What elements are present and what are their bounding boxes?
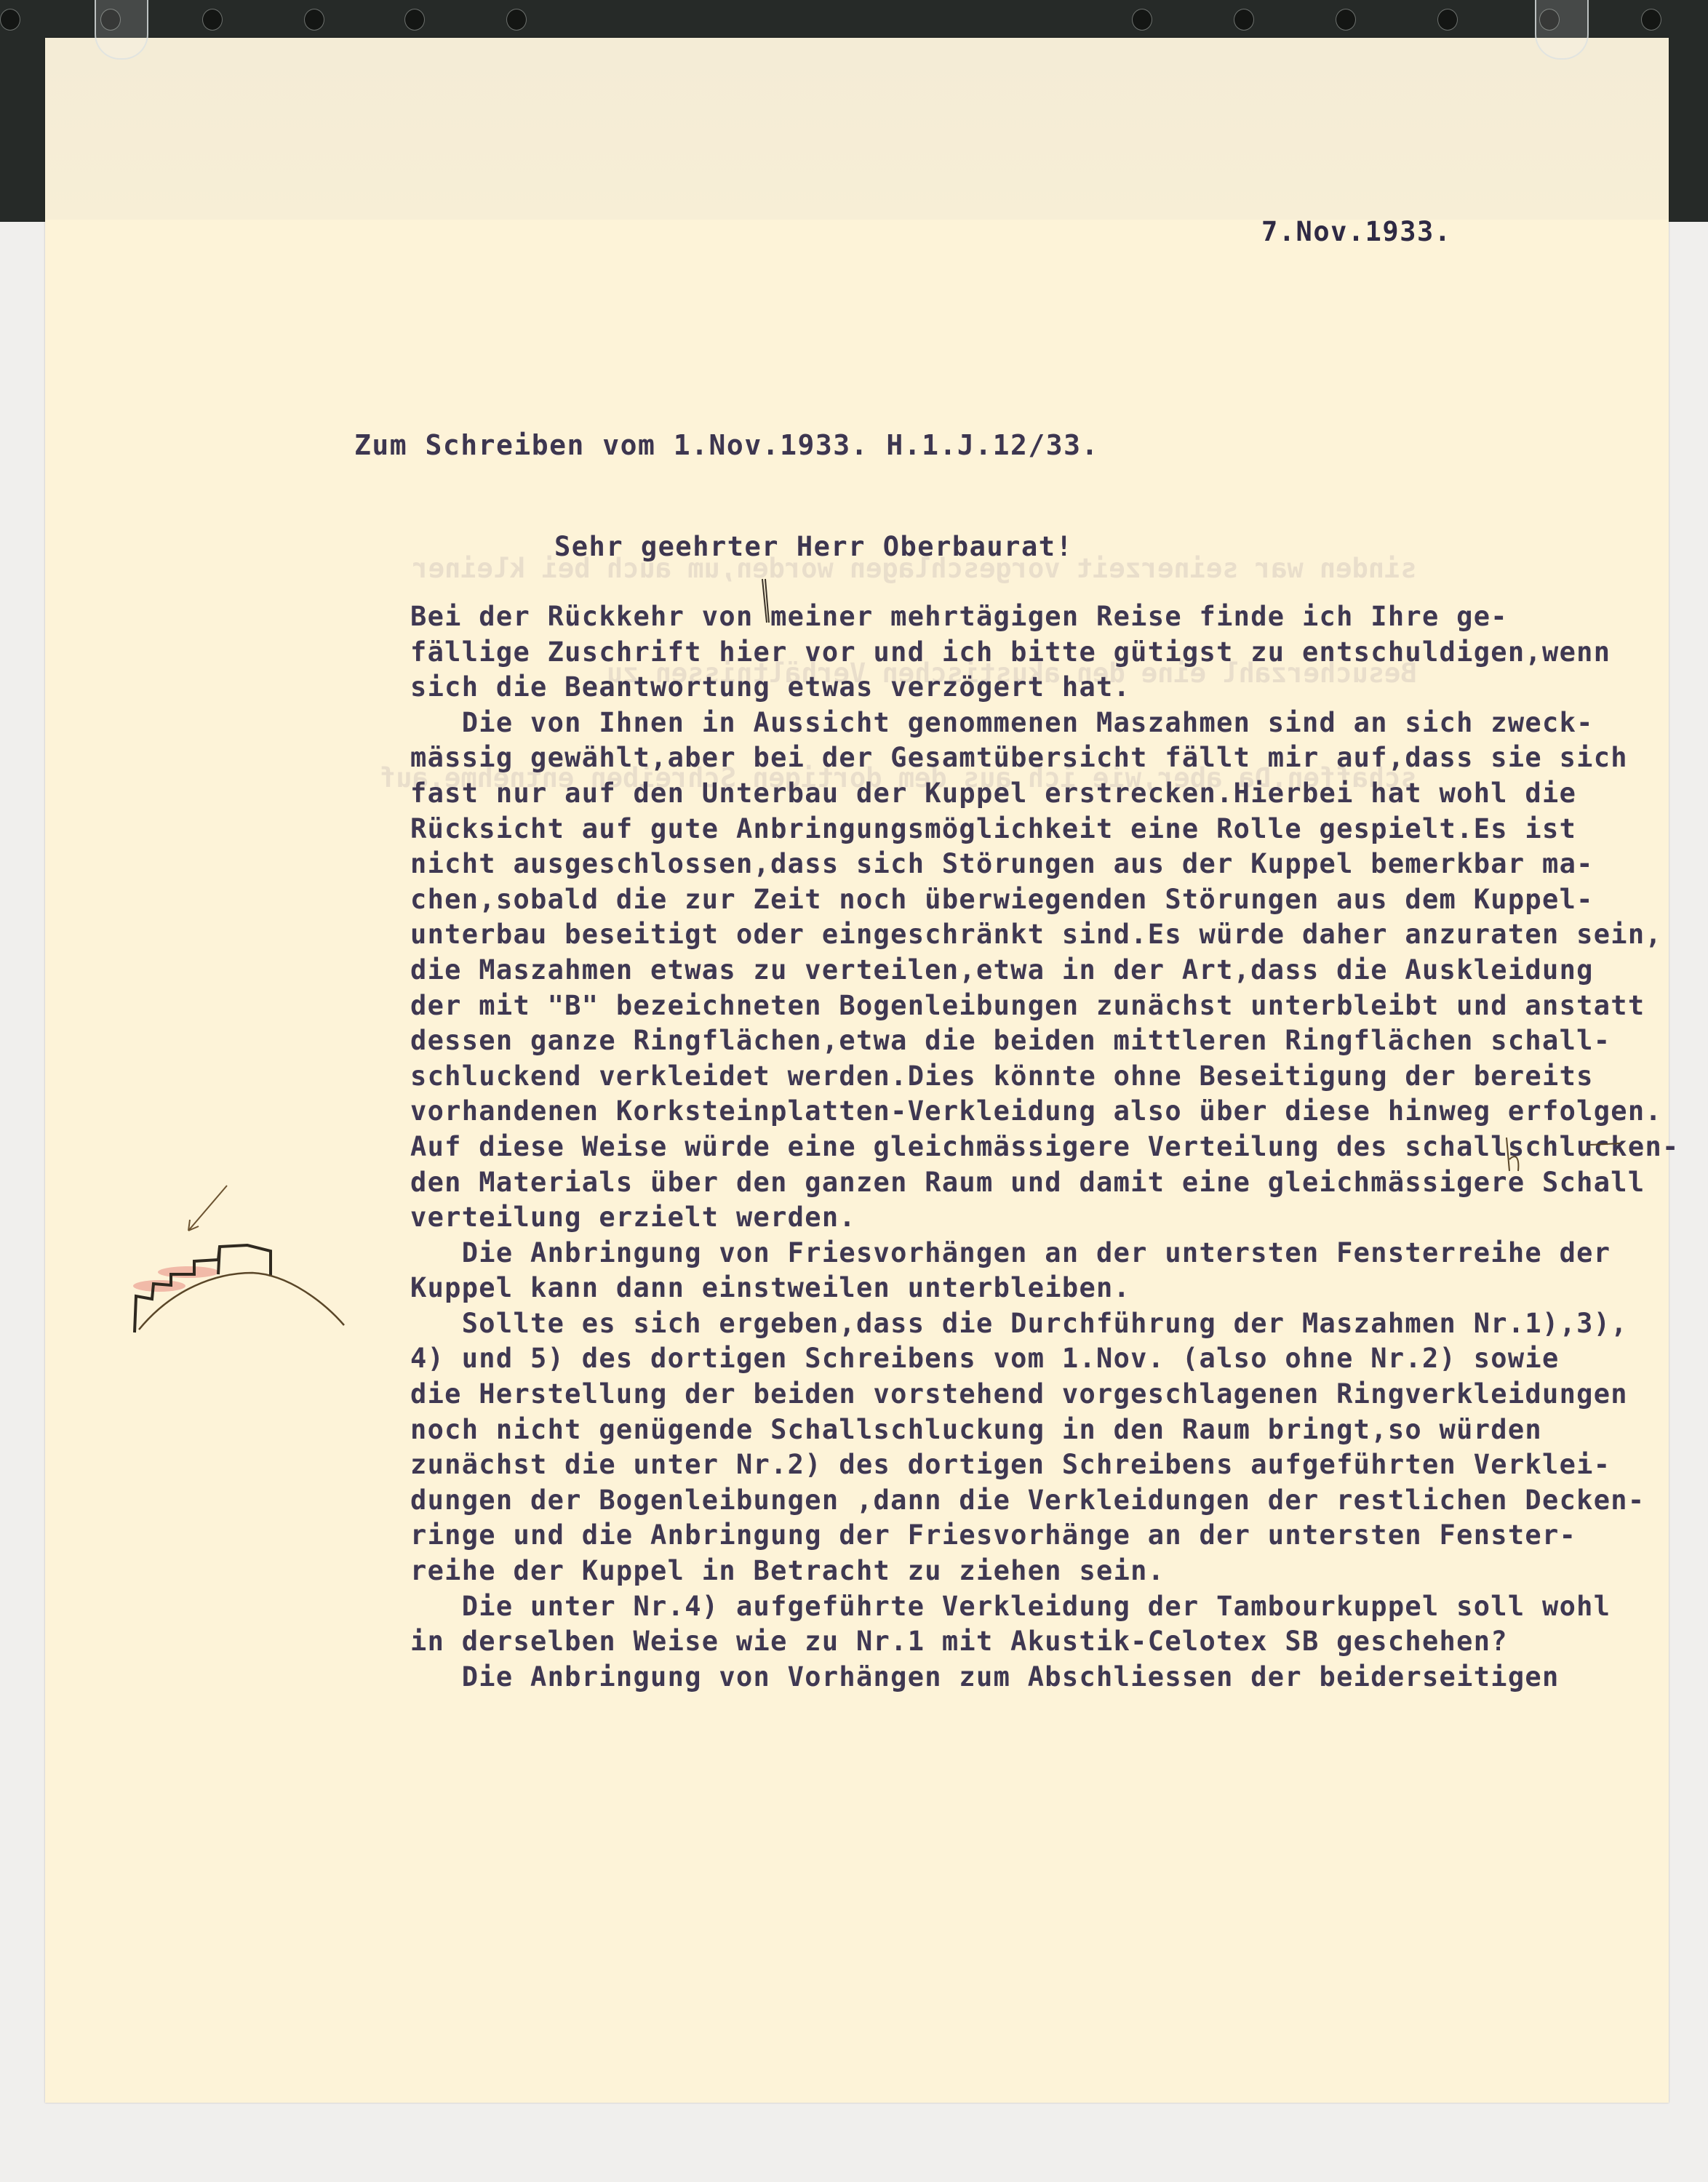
letter-body-line: fällige Zuschrift hier vor und ich bitte… <box>410 635 1680 671</box>
handwritten-correction-mark <box>758 576 773 627</box>
letter-body-line: reihe der Kuppel in Betracht zu ziehen s… <box>410 1554 1680 1589</box>
handwritten-h-correction <box>1502 1135 1524 1178</box>
perforation-hole <box>1336 9 1356 31</box>
letter-body-line: vorhandenen Korksteinplatten-Verkleidung… <box>410 1094 1680 1130</box>
letter-body-line: verteilung erzielt werden. <box>410 1200 1680 1236</box>
letter-body-line: nicht ausgeschlossen,dass sich Störungen… <box>410 847 1680 882</box>
letter-body-line: in derselben Weise wie zu Nr.1 mit Akust… <box>410 1624 1680 1660</box>
salutation: Sehr geehrter Herr Oberbaurat! <box>554 531 1073 562</box>
letter-body-line: der mit "B" bezeichneten Bogenleibungen … <box>410 988 1680 1024</box>
perforation-hole <box>1641 9 1661 31</box>
mounting-corner-top-left <box>95 0 148 60</box>
letter-body-line: Die von Ihnen in Aussicht genommenen Mas… <box>410 706 1680 741</box>
perforation-hole <box>0 9 20 31</box>
letter-body-line: Die unter Nr.4) aufgeführte Verkleidung … <box>410 1589 1680 1625</box>
perforation-row <box>0 9 1708 31</box>
letter-body-line: Bei der Rückkehr von meiner mehrtägigen … <box>410 599 1680 635</box>
letter-body-line: die Maszahmen etwas zu verteilen,etwa in… <box>410 953 1680 988</box>
letter-body-line: chen,sobald die zur Zeit noch überwiegen… <box>410 882 1680 918</box>
perforation-hole <box>1234 9 1254 31</box>
dome-sketch-icon <box>107 1180 354 1354</box>
letter-body-line: Sollte es sich ergeben,dass die Durchfüh… <box>410 1306 1680 1342</box>
perforation-hole <box>202 9 223 31</box>
letter-body-line: ringe und die Anbringung der Friesvorhän… <box>410 1518 1680 1554</box>
perforation-hole <box>304 9 324 31</box>
letter-body-line: dungen der Bogenleibungen ,dann die Verk… <box>410 1483 1680 1519</box>
letter-body-line: mässig gewählt,aber bei der Gesamtübersi… <box>410 740 1680 776</box>
letter-body-line: zunächst die unter Nr.2) des dortigen Sc… <box>410 1447 1680 1483</box>
perforation-hole <box>1132 9 1152 31</box>
letter-body-line: noch nicht genügende Schallschluckung in… <box>410 1412 1680 1448</box>
perforation-hole <box>506 9 527 31</box>
letter-body-line: 4) und 5) des dortigen Schreibens vom 1.… <box>410 1341 1680 1377</box>
discolored-top-band <box>45 38 1669 220</box>
letter-body-line: die Herstellung der beiden vorstehend vo… <box>410 1377 1680 1412</box>
margin-tick-mark <box>1589 1135 1625 1156</box>
perforation-hole <box>404 9 425 31</box>
letter-body-line: sich die Beantwortung etwas verzögert ha… <box>410 670 1680 706</box>
letter-body-line: Rücksicht auf gute Anbringungsmöglichkei… <box>410 812 1680 847</box>
letter-body-line: dessen ganze Ringflächen,etwa die beiden… <box>410 1023 1680 1059</box>
letter-body-line: Die Anbringung von Vorhängen zum Abschli… <box>410 1660 1680 1695</box>
mounting-corner-top-right <box>1535 0 1589 60</box>
perforation-hole <box>1437 9 1458 31</box>
letter-page: sinden war seinerzeit vorgeschlagen word… <box>45 38 1669 2103</box>
letter-date: 7.Nov.1933. <box>1261 216 1452 247</box>
letter-body-line: unterbau beseitigt oder eingeschränkt si… <box>410 917 1680 953</box>
letter-body-line: schluckend verkleidet werden.Dies könnte… <box>410 1059 1680 1095</box>
letter-body-line: den Materials über den ganzen Raum und d… <box>410 1165 1680 1201</box>
letter-body-line: Auf diese Weise würde eine gleichmässige… <box>410 1130 1680 1165</box>
letter-body-line: Die Anbringung von Friesvorhängen an der… <box>410 1236 1680 1271</box>
letter-body: Bei der Rückkehr von meiner mehrtägigen … <box>410 599 1680 1695</box>
letter-body-line: Kuppel kann dann einstweilen unterbleibe… <box>410 1271 1680 1306</box>
letter-body-line: fast nur auf den Unterbau der Kuppel ers… <box>410 776 1680 812</box>
reference-line: Zum Schreiben vom 1.Nov.1933. H.1.J.12/3… <box>354 429 1099 461</box>
